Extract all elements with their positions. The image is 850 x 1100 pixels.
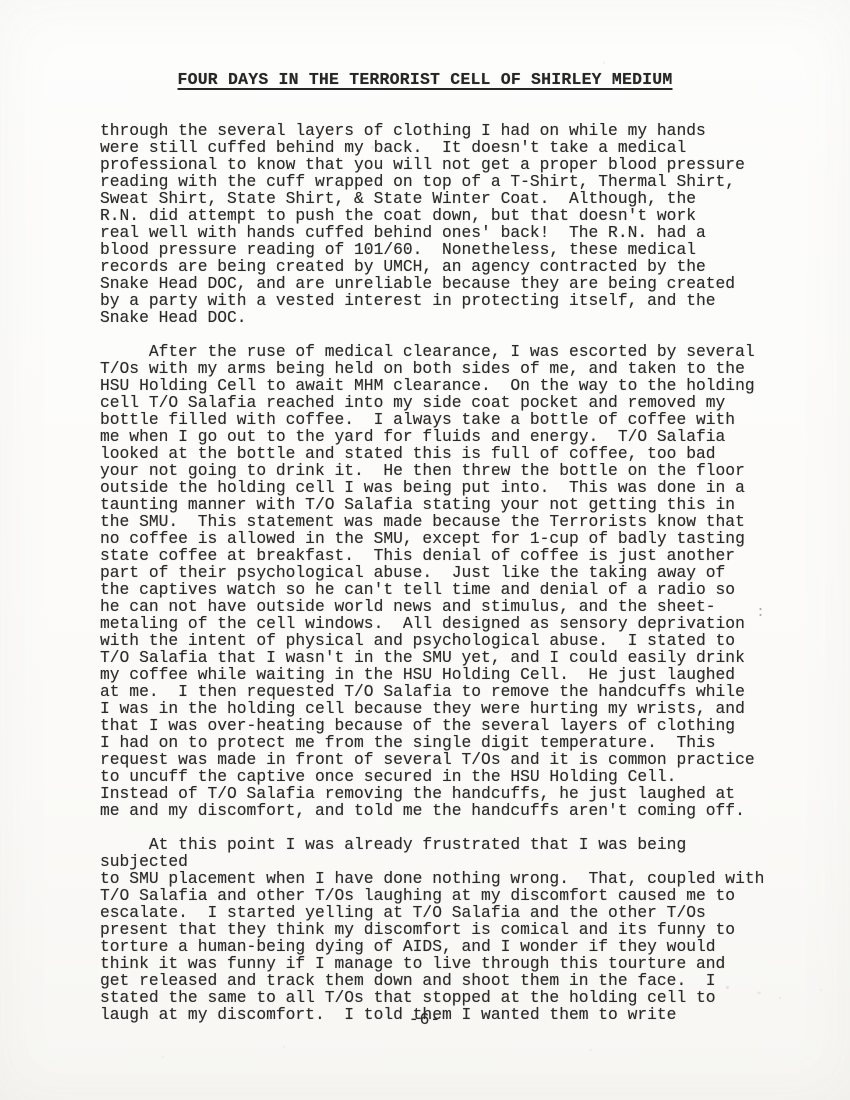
page-number: -6- [0,1010,850,1029]
paragraph-3: At this point I was already frustrated t… [100,836,772,1023]
scan-speck [283,1046,285,1048]
scan-speck [112,231,114,233]
scan-artifact-mark: : [756,604,765,621]
scan-speck [779,997,781,999]
scan-speck [820,989,822,991]
scan-speck [603,62,605,64]
paragraph-2: After the ruse of medical clearance, I w… [100,343,772,819]
scan-speck [371,146,374,149]
document-title: FOUR DAYS IN THE TERRORIST CELL OF SHIRL… [0,70,850,89]
paragraph-1: through the several layers of clothing I… [100,122,772,326]
document-body: through the several layers of clothing I… [100,122,772,1040]
scan-speck [757,992,761,994]
scan-speck [590,1049,592,1051]
scan-speck [726,986,729,989]
document-page: FOUR DAYS IN THE TERRORIST CELL OF SHIRL… [0,0,850,1100]
scan-speck [162,1056,164,1058]
